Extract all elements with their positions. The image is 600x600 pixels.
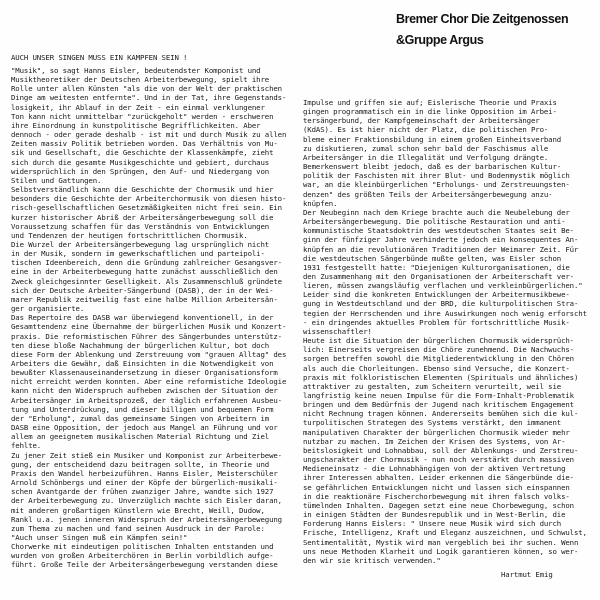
text-line: Selbstverständlich kann die Geschichte d… bbox=[11, 185, 301, 194]
text-line: sich durch die gesamte Musikgeschichte u… bbox=[11, 158, 301, 167]
text-line: lieren, müssen zwangsläufig verflachen u… bbox=[303, 281, 593, 290]
text-line: lich: Einerseits vergreisen die Chöre zu… bbox=[303, 345, 593, 354]
text-line: tegien der Herrschenden und ihre Auswirk… bbox=[303, 309, 593, 318]
text-line: als auch die Chorleitungen. Ebenso sind … bbox=[303, 364, 593, 373]
text-line: uns neue Methoden Klarheit und Logik gar… bbox=[303, 547, 593, 556]
text-line: kann nicht den Widerspruch aufheben zwis… bbox=[11, 386, 301, 395]
text-line: den wir sie kritisch verwenden." bbox=[303, 556, 593, 565]
page-header: Bremer Chor Die Zeitgenossen &Gruppe Arg… bbox=[396, 9, 568, 51]
text-line: ungscharakter der Chormusik - nun noch v… bbox=[303, 455, 593, 464]
text-line: Chorwerke mit eindeutigen politischen In… bbox=[11, 542, 301, 551]
text-line: kurzer historischer Abriß der Arbeitersä… bbox=[11, 213, 301, 222]
text-line: tischen Ideenbereich, denn die Gründung … bbox=[11, 258, 301, 267]
article-headline: AUCH UNSER SINGEN MUSS EIN KAMPFEN SEIN … bbox=[11, 53, 187, 62]
text-line: Medieneinsatz - die Lohnabhängigen von d… bbox=[303, 464, 593, 473]
text-line: wurden von großen Arbeiterchören in Berl… bbox=[11, 551, 301, 560]
text-line: tümelnden Inhalten. Dagegen setzt eine n… bbox=[303, 501, 593, 510]
text-line: Sentimentalität, Mystik wird man vergebl… bbox=[303, 538, 593, 547]
text-line: manipulativen Charakter der bürgerlichen… bbox=[303, 428, 593, 437]
text-line: knüpfen an die revolutionären Traditione… bbox=[303, 245, 593, 254]
text-line: in einigen Städten der Bundesrepublik un… bbox=[303, 510, 593, 519]
text-line: sik und Gesellschaft, die Geschichte der… bbox=[11, 148, 301, 157]
text-line: losigkeit, ihr Ablauf in der Zeit - ein … bbox=[11, 103, 301, 112]
text-line: sorgen betreffen sowohl die Mitgliederen… bbox=[303, 354, 593, 363]
text-line: (KdAS). Es ist hier nicht der Platz, die… bbox=[303, 125, 593, 134]
text-line: nicht erreicht werden konnten. Aber eine… bbox=[11, 377, 301, 386]
text-line: Zweck gleichgesinnter Geselligkeit. Als … bbox=[11, 277, 301, 286]
text-line: politik der Faschisten mit ihrer Blut- u… bbox=[303, 171, 593, 180]
text-line: die westdeutschen Sängerbünde mußte gelt… bbox=[303, 254, 593, 263]
text-line: Zu jener Zeit stieß ein Musiker und Komp… bbox=[11, 451, 301, 460]
text-line: Heute ist die Situation der bürgerlichen… bbox=[303, 336, 593, 345]
text-line: ihrer Interessen abhalten. Leider erkenn… bbox=[303, 473, 593, 482]
text-line: Arbeitersänger im Arbeitsprozeß, der täg… bbox=[11, 396, 301, 405]
text-line: kommunistische Staatsdoktrin des westdeu… bbox=[303, 226, 593, 235]
text-line: gingen programmatisch ein in die linke O… bbox=[303, 107, 593, 116]
text-line: Ton kann nicht unmittelbar "zurückgeholt… bbox=[11, 112, 301, 121]
text-line: praxis. Die reformistischen Führer des S… bbox=[11, 332, 301, 341]
author-signature: Hartmut Emig bbox=[501, 570, 553, 579]
text-line: 1931 festgestellt hatte: "Diejenigen Kul… bbox=[303, 263, 593, 272]
text-line: fehlte. bbox=[11, 441, 301, 450]
text-line: tersängerbund, der Kampfgemeinschaft der… bbox=[303, 116, 593, 125]
header-title-line-1: Bremer Chor Die Zeitgenossen bbox=[396, 9, 568, 30]
text-line: zu diskutieren, zumal schon sehr bald de… bbox=[303, 144, 593, 153]
text-line: zum Thema zu machen und fand seinen Ausd… bbox=[11, 524, 301, 533]
text-line: Bemerkenswert bleibt jedoch, daß es der … bbox=[303, 162, 593, 171]
text-line: Rankl u.a. jenen inneren Widerspruch der… bbox=[11, 515, 301, 524]
text-line: diese Form der Ablenkung und Zerstreuung… bbox=[11, 350, 301, 359]
text-line: in der Musik, sondern im gewerkschaftlic… bbox=[11, 249, 301, 258]
text-line: der "Erholung", zumal das gemeinsame Sin… bbox=[11, 414, 301, 423]
text-line: Dinge am weitesten entfernte". Und in de… bbox=[11, 93, 301, 102]
text-line: dennoch - oder gerade deshalb - ist mit … bbox=[11, 130, 301, 139]
text-line: bewußter Klassenauseinandersetzung in di… bbox=[11, 368, 301, 377]
text-line: besonders die Geschichte der Arbeitercho… bbox=[11, 194, 301, 203]
text-line: Das Repertoire des DASB war überwiegend … bbox=[11, 313, 301, 322]
text-line: tung und Unterdrückung, und dieser billi… bbox=[11, 405, 301, 414]
text-line: gung in Westdeutschland und der BRD, die… bbox=[303, 299, 593, 308]
text-line: denzen" des größten Teils der Arbeitersä… bbox=[303, 190, 593, 199]
text-line: führt. Große Teile der Arbeitersängerbew… bbox=[11, 560, 301, 569]
text-line: bringen und dem Bedürfnis der Jugend nac… bbox=[303, 400, 593, 409]
text-line: marer Republik zeitweilig fast eine halb… bbox=[11, 295, 301, 304]
text-line: - ein dringendes aktuelles Problem für f… bbox=[303, 318, 593, 327]
text-line: in die reaktionäre Fischerchorbewegung m… bbox=[303, 492, 593, 501]
text-line: Die Wurzel der Arbeitersängerbewegung la… bbox=[11, 240, 301, 249]
text-line: Arnold Schönbergs und einer der Köpfe de… bbox=[11, 478, 301, 487]
text-line: Arbeiters die Gewähr, daß Einsichten in … bbox=[11, 359, 301, 368]
text-line: langfristig keine neuen Impulse für die … bbox=[303, 391, 593, 400]
text-line: nutzbar zu machen. Im Zeichen der Krisen… bbox=[303, 437, 593, 446]
text-line: gung, der entscheidend dazu beitragen so… bbox=[11, 460, 301, 469]
text-line: ten diese bloße Nachahmung der bürgerlic… bbox=[11, 341, 301, 350]
text-line: turpolitischen Strategen des Systems ver… bbox=[303, 418, 593, 427]
text-line: praxis mit folkloristischen Elementen (S… bbox=[303, 373, 593, 382]
text-line: se gefährlichen Entwicklungen nicht und … bbox=[303, 483, 593, 492]
text-line: risch-gesellschaftlichen Gesetzmäßigkeit… bbox=[11, 203, 301, 212]
text-line: nicht Rechnung tragen können. Anderersei… bbox=[303, 409, 593, 418]
text-line: den Zusammenhang mit den Organisationen … bbox=[303, 272, 593, 281]
text-line: Voraussetzung schaffen für das Verständn… bbox=[11, 222, 301, 231]
text-line: war, an die kleinbürgerlichen "Erholungs… bbox=[303, 180, 593, 189]
article-right-column: Impulse und griffen sie auf; Eislerische… bbox=[303, 98, 593, 565]
text-line: Frische, Intelligenz, Kraft und Eleganz … bbox=[303, 528, 593, 537]
text-line: Forderung Hanns Eislers: " Unsere neue M… bbox=[303, 519, 593, 528]
text-line: knüpfen. bbox=[303, 199, 593, 208]
article-left-column: "Musik", so sagt Hanns Eisler, bedeutend… bbox=[11, 66, 301, 570]
text-line: ginn der fünfziger Jahre verhinderte jed… bbox=[303, 235, 593, 244]
text-line: schen Avantgarde der frühen zwanziger Ja… bbox=[11, 487, 301, 496]
text-line: Zeiten massiv Politik betrieben worden. … bbox=[11, 139, 301, 148]
text-line: bleme einer Fraktionsbildung in einem gr… bbox=[303, 135, 593, 144]
text-line: "Auch unser Singen muß ein Kämpfen sein!… bbox=[11, 533, 301, 542]
text-line: wissenschaftler! bbox=[303, 327, 593, 336]
text-line: DASB eine Opposition, der jedoch aus Man… bbox=[11, 423, 301, 432]
text-line: Gesamttendenz eine Übernahme der bürgerl… bbox=[11, 322, 301, 331]
text-line: mit anderen großartigen Künstlern wie Br… bbox=[11, 506, 301, 515]
text-line: Stilen und Gattungen. bbox=[11, 176, 301, 185]
text-line: beitslosigkeit und Lohnabbau, soll der A… bbox=[303, 446, 593, 455]
text-line: Arbeitersängerbewegung. Die politische R… bbox=[303, 217, 593, 226]
text-line: Praxis den Wandel herbeizuführen. Hanns … bbox=[11, 469, 301, 478]
text-line: "Musik", so sagt Hanns Eisler, bedeutend… bbox=[11, 66, 301, 75]
text-line: Der Neubeginn nach dem Kriege brachte au… bbox=[303, 208, 593, 217]
text-line: sich der Deutsche Arbeiter-Sängerbund (D… bbox=[11, 286, 301, 295]
text-line: der Arbeiterbewegung zu. Unverzüglich ma… bbox=[11, 496, 301, 505]
text-line: Leider sind die konkreten Entwicklungen … bbox=[303, 290, 593, 299]
text-line: Impulse und griffen sie auf; Eislerische… bbox=[303, 98, 593, 107]
text-line: widersprüchlich in den Sprüngen, den Auf… bbox=[11, 167, 301, 176]
header-title-line-2: &Gruppe Argus bbox=[396, 30, 568, 51]
text-line: ihre Einordnung in kunstpolitische Begri… bbox=[11, 121, 301, 130]
text-line: Arbeitersänger in die Illegalität und Ve… bbox=[303, 153, 593, 162]
text-line: Musiktheoretiker der Deutschen Arbeiterb… bbox=[11, 75, 301, 84]
text-line: allem an geeignetem musikalischen Materi… bbox=[11, 432, 301, 441]
text-line: eine in der Arbeiterbewegung hatte zunäc… bbox=[11, 267, 301, 276]
text-line: Rolle unter allen Künsten "als die von d… bbox=[11, 84, 301, 93]
text-line: ger organisierte. bbox=[11, 304, 301, 313]
text-line: und Tendenzen der heutigen fortschrittli… bbox=[11, 231, 301, 240]
text-line: attraktiver zu gestalten, zum Scheitern … bbox=[303, 382, 593, 391]
